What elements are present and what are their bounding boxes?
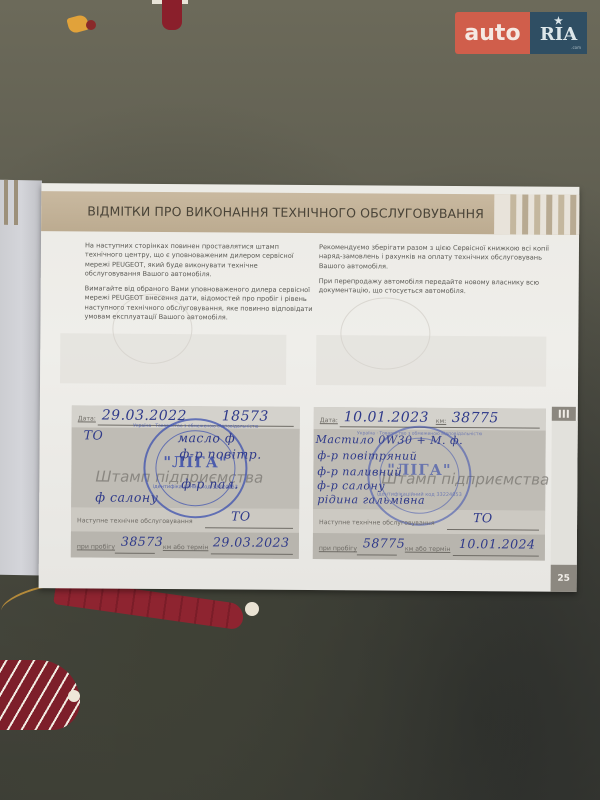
handwritten-km: 38775 [452,410,499,426]
date-label: Дата: [320,417,338,424]
service-record-2: Дата: 10.01.2023 км: 38775 Штамп підприє… [313,407,546,561]
service-page: ВІДМІТКИ ПРО ВИКОНАННЯ ТЕХНІЧНОГО ОБСЛУГ… [39,183,580,592]
or-term-label: км або термін [405,546,451,553]
handwritten-next-mileage: 38573 [121,534,163,549]
decorative-stripes [494,194,579,235]
next-service-label: Наступне технічне обслуговування [77,517,193,525]
star-decoration-icon [86,20,96,30]
handwritten-next-service: ТО [231,508,251,523]
handwritten-work-line: ф салону [95,490,158,505]
mileage-label: при пробігу [77,543,115,550]
autoria-watermark: auto ★ RIA .com [455,12,587,54]
handwritten-work-line: ф-р повітряний [317,449,417,463]
show-through-block [316,335,546,387]
watermark-ria-logo: ★ RIA .com [530,12,587,54]
next-service-label: Наступне технічне обслуговування [319,519,435,527]
or-term-label: км або термін [163,544,209,551]
handwritten-date: 10.01.2023 [344,409,429,426]
handwritten-work-line: ф-р пал. [181,476,239,491]
handwritten-work-line: ТО [84,427,104,442]
watermark-domain: .com [571,45,581,50]
handwritten-work-line: ф-р повітр. [179,446,261,462]
handwritten-next-mileage: 58775 [363,535,405,550]
info-paragraph: Рекомендуємо зберігати разом з цією Серв… [319,243,559,273]
page-number: 25 [551,565,577,592]
handwritten-next-date: 29.03.2023 [213,534,290,550]
handwritten-work-line: масло ф [178,430,236,445]
date-label: Дата: [78,415,96,422]
section-marker-icon [552,407,576,421]
handwritten-work-line: ф-р салону [317,479,385,492]
handwritten-work-line: рідина гальмівна [317,493,425,507]
handwritten-work-line: Мастило 0W30 + М. ф. [316,433,464,447]
title-band: ВІДМІТКИ ПРО ВИКОНАННЯ ТЕХНІЧНОГО ОБСЛУГ… [41,191,579,235]
info-paragraph: На наступних сторінках повинен проставля… [85,241,315,280]
page-title: ВІДМІТКИ ПРО ВИКОНАННЯ ТЕХНІЧНОГО ОБСЛУГ… [87,203,484,221]
watermark-auto-text: auto [455,12,530,54]
carpet-decoration-striped-hat [0,660,100,750]
handwritten-next-service: ТО [473,510,493,525]
info-column-right: Рекомендуємо зберігати разом з цією Серв… [319,243,559,303]
mileage-label: при пробігу [319,545,357,552]
km-label: км: [436,418,447,425]
handwritten-work-line: ф-р паливний [317,465,402,479]
service-booklet: ВІДМІТКИ ПРО ВИКОНАННЯ ТЕХНІЧНОГО ОБСЛУГ… [0,180,580,592]
handwritten-next-date: 10.01.2024 [459,536,536,552]
service-record-1: Дата: 29.03.2022 18573 Штамп підприємств… [71,405,300,559]
watermark-ria-text: RIA [540,24,577,45]
show-through-block [60,333,286,385]
page-edge-strip [551,421,578,565]
info-paragraph: При перепродажу автомобіля передайте нов… [319,277,559,297]
left-page-edge [0,180,42,576]
handwritten-km: 18573 [222,408,269,424]
